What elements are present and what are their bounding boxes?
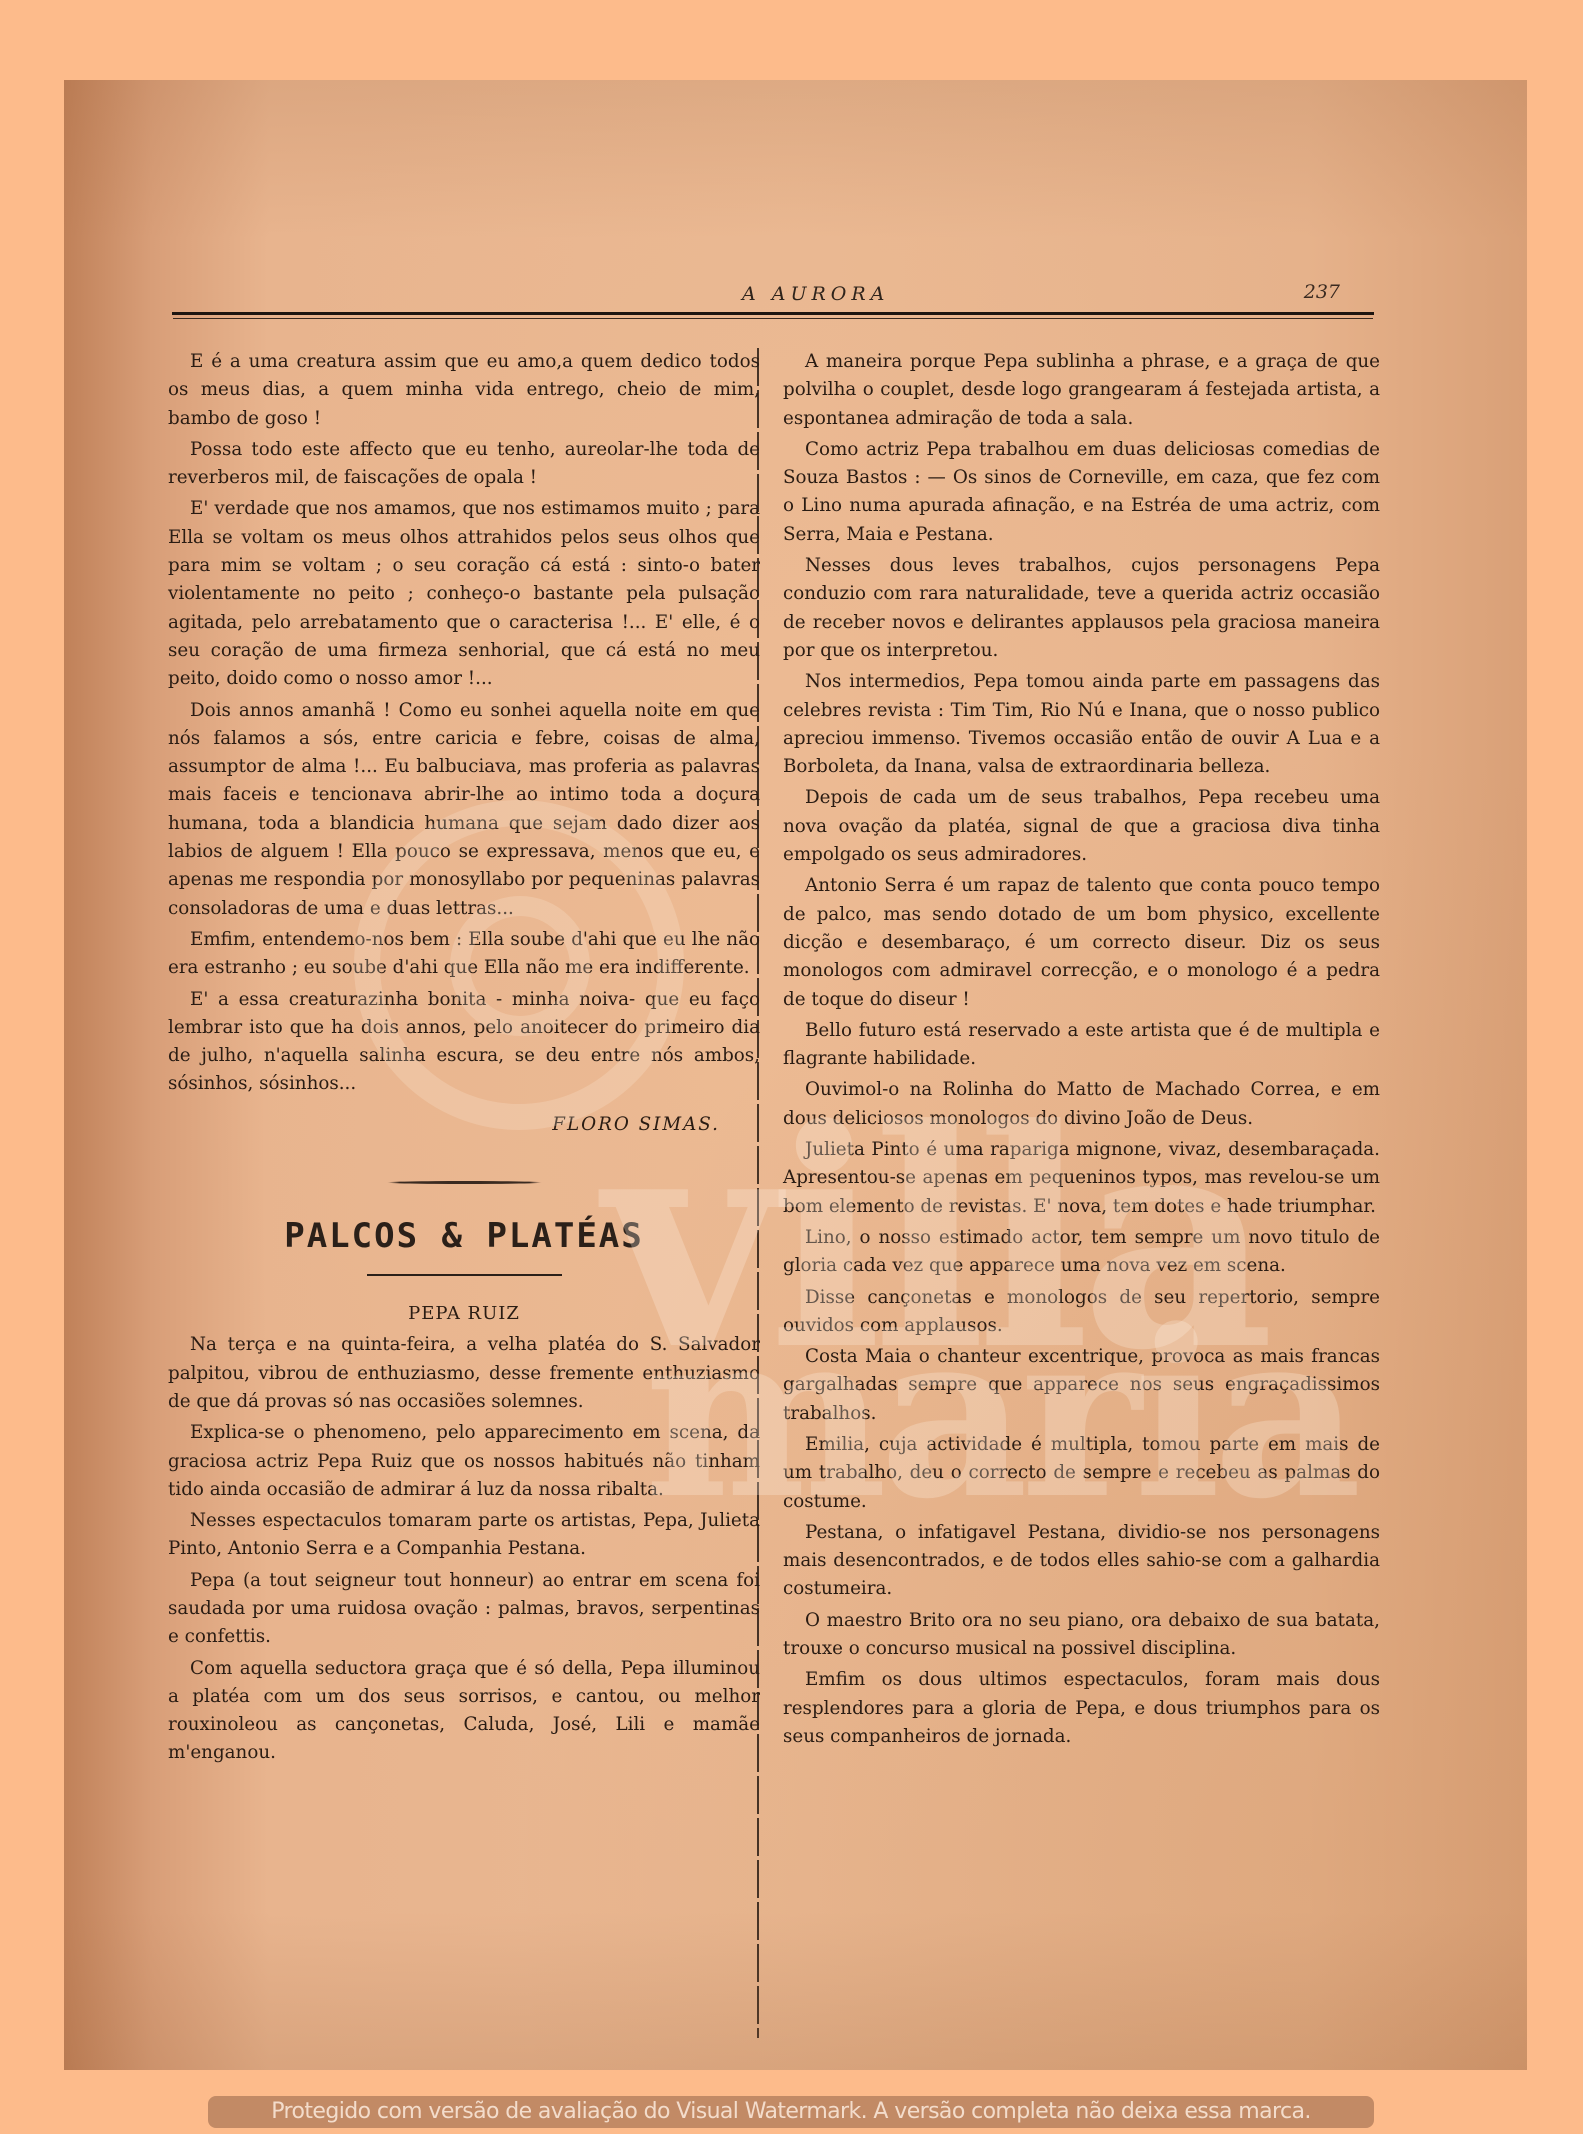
paragraph: Antonio Serra é um rapaz de talento que … [783, 872, 1380, 1013]
paragraph: Explica-se o phenomeno, pelo apparecimen… [168, 1419, 760, 1504]
evaluation-watermark-banner: Protegido com versão de avaliação do Vis… [208, 2096, 1374, 2128]
paragraph: Julieta Pinto é uma rapariga mignone, vi… [783, 1136, 1380, 1221]
paragraph: Disse cançonetas e monologos de seu repe… [783, 1284, 1380, 1341]
paragraph: Emfim, entendemo-nos bem : Ella soube d'… [168, 926, 760, 983]
section-title: PALCOS & PLATÉAS [168, 1214, 760, 1258]
paragraph: Lino, o nosso estimado actor, tem sempre… [783, 1224, 1380, 1281]
right-column: A maneira porque Pepa sublinha a phrase,… [783, 348, 1380, 1754]
paragraph: Possa todo este affecto que eu tenho, au… [168, 436, 760, 493]
paragraph: Com aquella seductora graça que é só del… [168, 1655, 760, 1768]
paragraph: E é a uma creatura assim que eu amo,a qu… [168, 348, 760, 433]
header-double-rule [172, 312, 1374, 315]
page-number: 237 [1304, 281, 1340, 303]
paragraph: E' verdade que nos amamos, que nos estim… [168, 495, 760, 693]
paragraph: Bello futuro está reservado a este artis… [783, 1017, 1380, 1074]
column-divider [757, 348, 759, 2038]
paragraph: Pepa (a tout seigneur tout honneur) ao e… [168, 1567, 760, 1652]
scanned-newspaper-page: A AURORA 237 E é a uma creatura assim qu… [64, 80, 1527, 2070]
ornamental-divider [387, 1181, 542, 1184]
paragraph: Na terça e na quinta-feira, a velha plat… [168, 1331, 760, 1416]
paragraph: E' a essa creaturazinha bonita - minha n… [168, 986, 760, 1099]
paragraph: Nos intermedios, Pepa tomou ainda parte … [783, 668, 1380, 781]
paragraph: Emfim os dous ultimos espectaculos, fora… [783, 1666, 1380, 1751]
section-title-rule [367, 1274, 562, 1276]
paragraph: Costa Maia o chanteur excentrique, provo… [783, 1343, 1380, 1428]
left-column: E é a uma creatura assim que eu amo,a qu… [168, 348, 760, 1771]
author-signature: FLORO SIMAS. [168, 1111, 760, 1139]
publication-title: A AURORA [742, 283, 889, 305]
paragraph: O maestro Brito ora no seu piano, ora de… [783, 1607, 1380, 1664]
paragraph: A maneira porque Pepa sublinha a phrase,… [783, 348, 1380, 433]
running-head: A AURORA 237 [170, 275, 1376, 315]
paragraph: Ouvimol-o na Rolinha do Matto de Machado… [783, 1076, 1380, 1133]
paragraph: Nesses dous leves trabalhos, cujos perso… [783, 552, 1380, 665]
paragraph: Emilia, cuja actividade é multipla, tomo… [783, 1431, 1380, 1516]
paragraph: Depois de cada um de seus trabalhos, Pep… [783, 784, 1380, 869]
paragraph: Dois annos amanhã ! Como eu sonhei aquel… [168, 697, 760, 923]
article-subtitle: PEPA RUIZ [168, 1300, 760, 1328]
paragraph: Como actriz Pepa trabalhou em duas delic… [783, 436, 1380, 549]
paragraph: Nesses espectaculos tomaram parte os art… [168, 1507, 760, 1564]
paragraph: Pestana, o infatigavel Pestana, dividio-… [783, 1519, 1380, 1604]
